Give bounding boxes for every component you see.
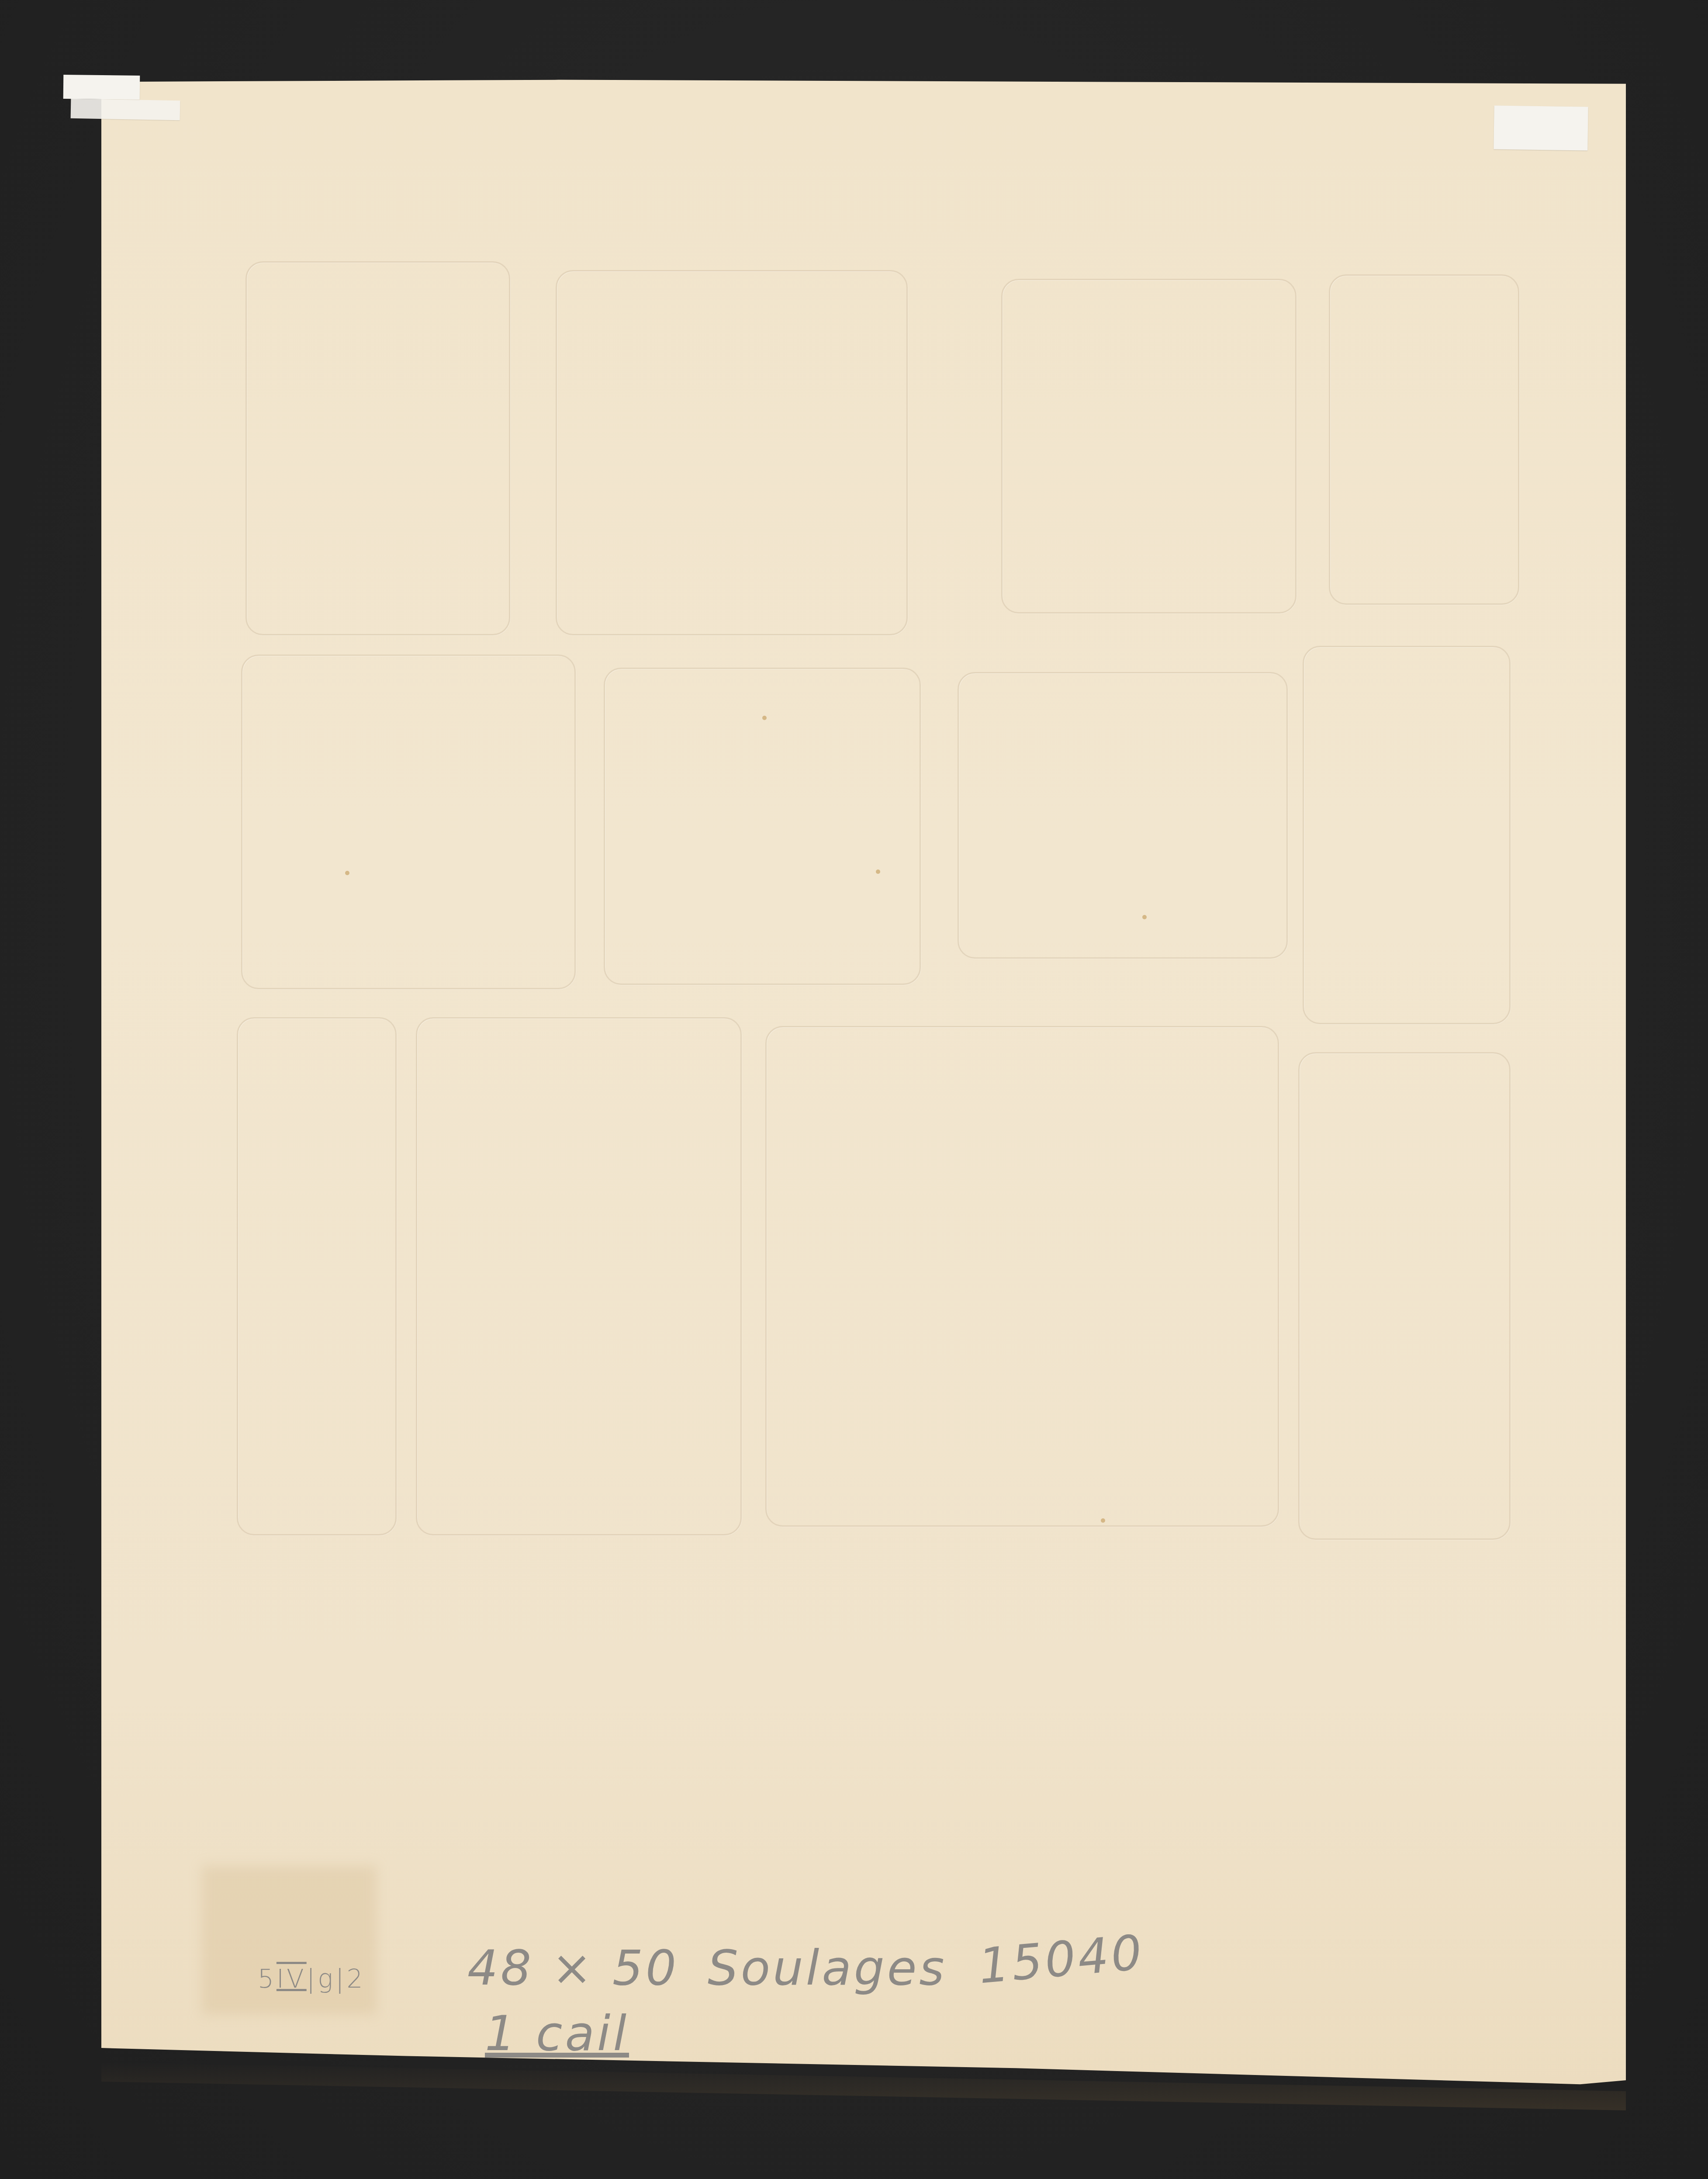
embossed-shape	[1001, 279, 1297, 613]
embossed-shape	[245, 261, 510, 635]
foxing-spot	[1101, 1518, 1105, 1523]
tape-top-right	[1494, 106, 1588, 151]
tape-top-left-lower	[71, 99, 180, 120]
embossed-shape	[241, 655, 576, 989]
note-inscription: 1 cail	[485, 2006, 629, 2061]
embossed-shape	[958, 672, 1288, 959]
embossed-shape	[1329, 274, 1519, 605]
foxing-spot	[1142, 915, 1147, 919]
embossed-shape	[765, 1026, 1279, 1527]
embossed-shape	[1303, 646, 1511, 1024]
edition-inscription: 5IV|g|2	[258, 1964, 366, 1994]
embossed-shape	[237, 1017, 397, 1535]
foxing-spot	[762, 716, 767, 720]
dimensions-inscription: 48 × 50	[467, 1940, 679, 1996]
print-sheet-reverse	[101, 78, 1626, 2096]
tape-top-left	[63, 75, 140, 100]
embossed-shape	[416, 1017, 742, 1535]
foxing-spot	[876, 870, 880, 874]
foxing-spot	[345, 871, 349, 875]
embossed-shape	[604, 668, 921, 985]
embossed-shape	[556, 270, 908, 635]
artist-inscription: Soulages	[708, 1940, 947, 1996]
embossed-shape	[1298, 1052, 1511, 1540]
